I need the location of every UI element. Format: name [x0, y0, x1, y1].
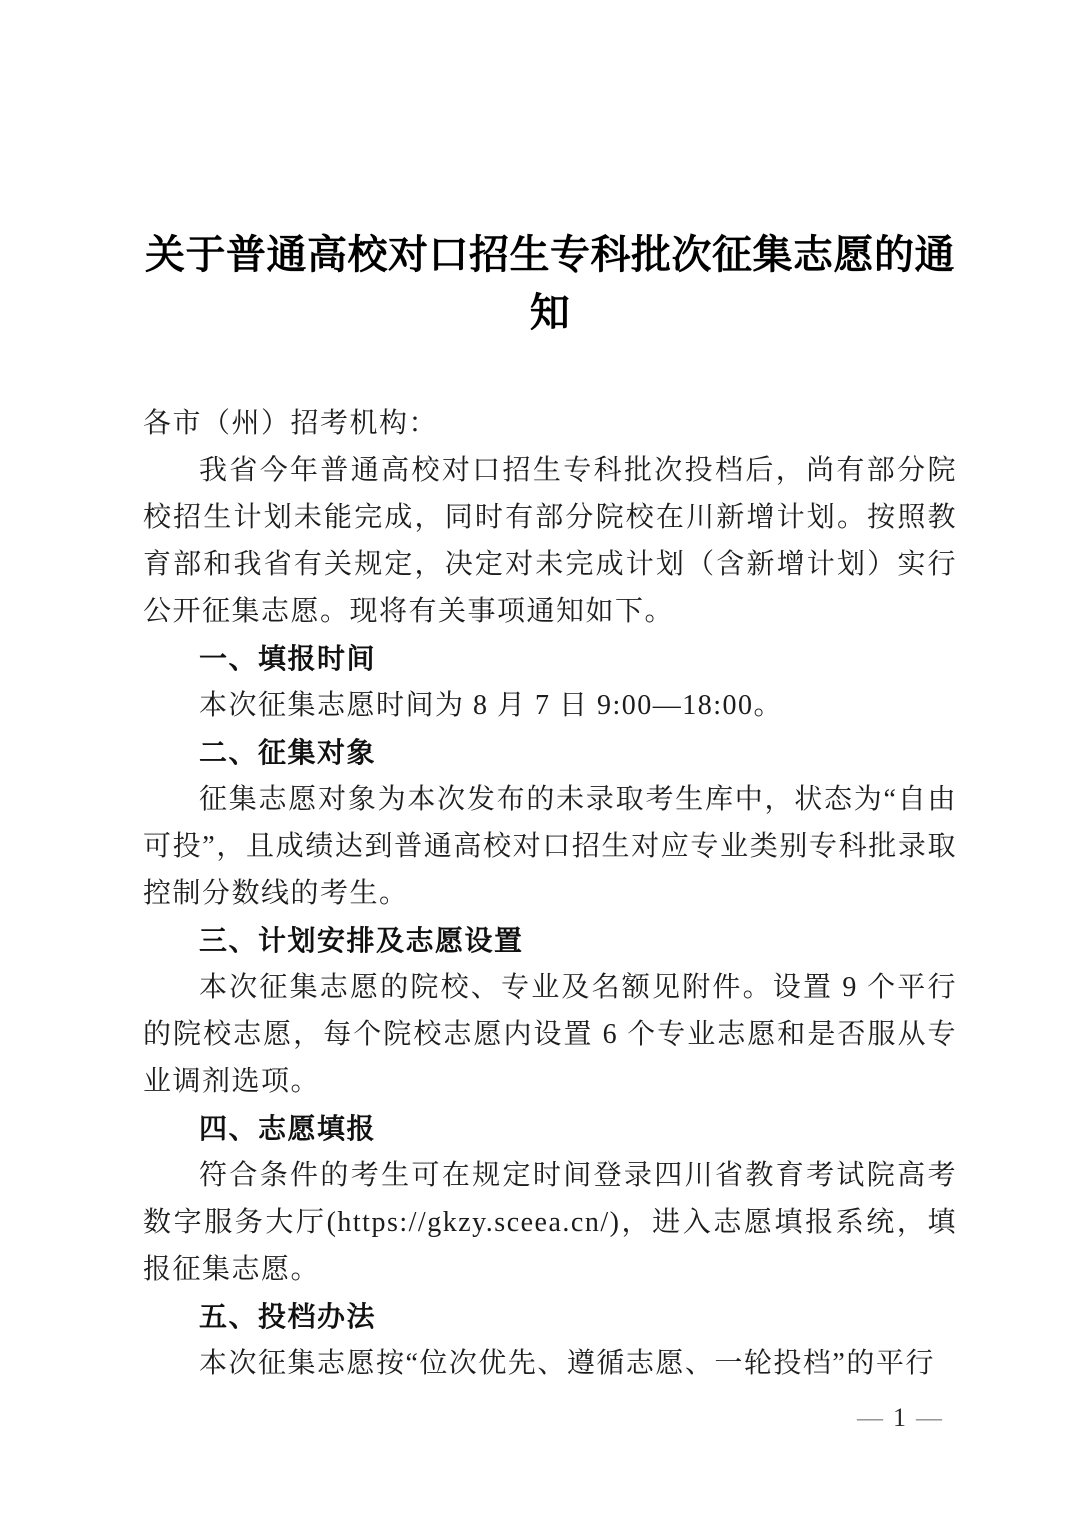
notice-document-page: 关于普通高校对口招生专科批次征集志愿的通知 各市（州）招考机构： 我省今年普通高…	[0, 0, 1080, 1527]
section-heading-filling: 四、志愿填报	[143, 1105, 957, 1152]
section-heading-method: 五、投档办法	[143, 1293, 957, 1340]
section-body-target: 征集志愿对象为本次发布的未录取考生库中，状态为“自由可投”，且成绩达到普通高校对…	[143, 776, 957, 917]
page-number-dash-left: —	[857, 1403, 883, 1432]
section-body-filling: 符合条件的考生可在规定时间登录四川省教育考试院高考数字服务大厅(https://…	[143, 1152, 957, 1293]
section-heading-plan: 三、计划安排及志愿设置	[143, 917, 957, 964]
intro-paragraph: 我省今年普通高校对口招生专科批次投档后，尚有部分院校招生计划未能完成，同时有部分…	[143, 447, 957, 635]
salutation: 各市（州）招考机构：	[143, 400, 957, 447]
page-title: 关于普通高校对口招生专科批次征集志愿的通知	[143, 226, 957, 342]
section-body-filling-time: 本次征集志愿时间为 8 月 7 日 9:00—18:00。	[143, 682, 957, 729]
page-number-dash-right: —	[916, 1403, 942, 1432]
page-number-value: 1	[893, 1403, 906, 1432]
section-body-plan: 本次征集志愿的院校、专业及名额见附件。设置 9 个平行的院校志愿，每个院校志愿内…	[143, 964, 957, 1105]
page-number: —1—	[857, 1405, 942, 1431]
section-heading-target: 二、征集对象	[143, 729, 957, 776]
section-heading-filling-time: 一、填报时间	[143, 635, 957, 682]
document-body: 各市（州）招考机构： 我省今年普通高校对口招生专科批次投档后，尚有部分院校招生计…	[143, 400, 957, 1387]
document-content: 关于普通高校对口招生专科批次征集志愿的通知 各市（州）招考机构： 我省今年普通高…	[143, 226, 957, 1387]
section-body-method: 本次征集志愿按“位次优先、遵循志愿、一轮投档”的平行	[143, 1340, 957, 1387]
